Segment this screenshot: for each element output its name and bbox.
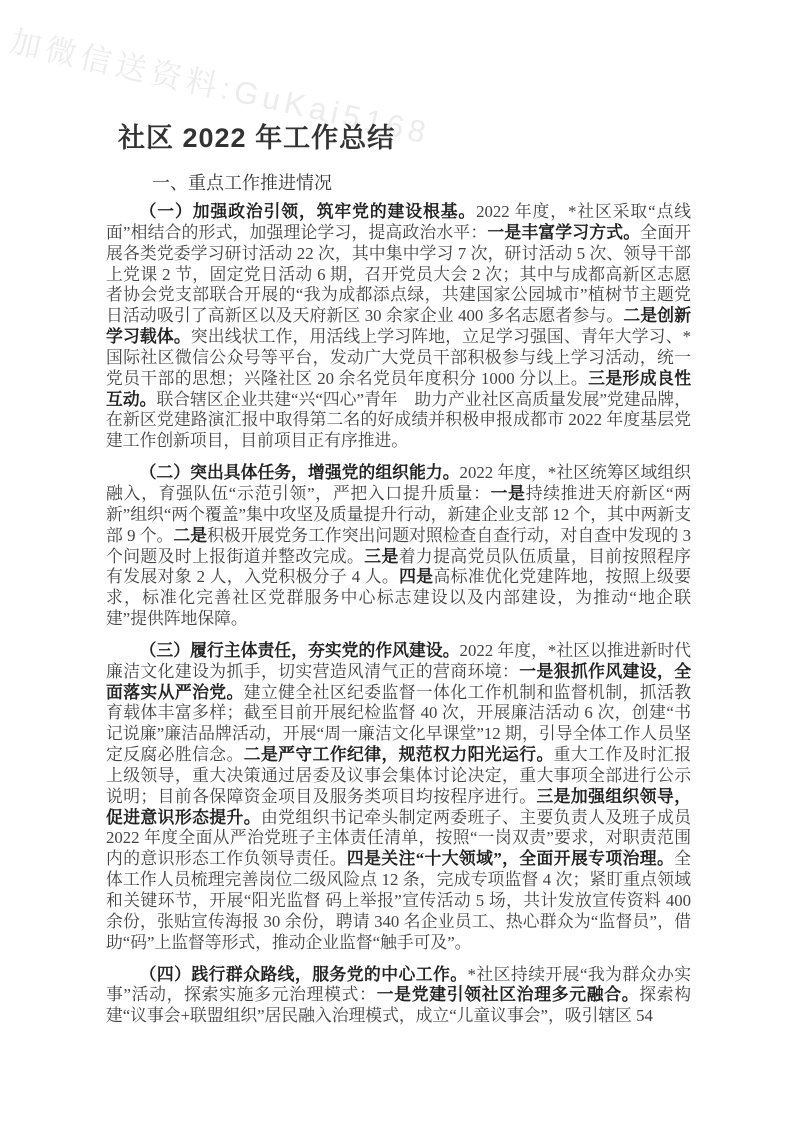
document-page: 加微信送资料:GuKai5168 社区 2022 年工作总结 一、重点工作推进情…: [0, 0, 793, 1122]
bold-run: （二）突出具体任务，增强党的组织能力。: [140, 463, 460, 482]
section-heading: 一、重点工作推进情况: [106, 170, 691, 196]
text-run: 联合辖区企业共建“兴“四心”青年 助力产业社区高质量发展”党建品牌，在新区党建路…: [106, 390, 691, 451]
document-body: （一）加强政治引领，筑牢党的建设根基。2022 年度，*社区采取“点线面”相结合…: [106, 202, 691, 1027]
bold-run: 四是关注“十大领域”，全面开展专项治理。: [347, 849, 674, 868]
paragraph-2: （二）突出具体任务，增强党的组织能力。2022 年度，*社区统筹区域组织融入，育…: [106, 463, 691, 630]
paragraph-3: （三）履行主体责任，夯实党的作风建设。2022 年度，*社区以推进新时代廉洁文化…: [106, 641, 691, 954]
bold-run: 一是丰富学习方式。: [487, 223, 640, 242]
document-title: 社区 2022 年工作总结: [118, 121, 691, 155]
bold-run: 四是: [399, 567, 433, 586]
bold-run: 二是: [173, 526, 207, 545]
bold-run: 二是严守工作纪律，规范权力阳光运行。: [244, 745, 554, 764]
paragraph-1: （一）加强政治引领，筑牢党的建设根基。2022 年度，*社区采取“点线面”相结合…: [106, 202, 691, 452]
bold-run: （三）履行主体责任，夯实党的作风建设。: [140, 641, 460, 660]
bold-run: （四）践行群众路线，服务党的中心工作。: [140, 965, 468, 984]
bold-run: 一是: [491, 484, 526, 503]
bold-run: 一是党建引领社区治理多元融合。: [377, 985, 640, 1004]
bold-run: 三是: [364, 547, 398, 566]
document-content: 社区 2022 年工作总结 一、重点工作推进情况 （一）加强政治引领，筑牢党的建…: [0, 0, 793, 1027]
paragraph-4: （四）践行群众路线，服务党的中心工作。*社区持续开展“我为群众办实事”活动，探索…: [106, 965, 691, 1028]
bold-run: （一）加强政治引领，筑牢党的建设根基。: [140, 202, 477, 221]
